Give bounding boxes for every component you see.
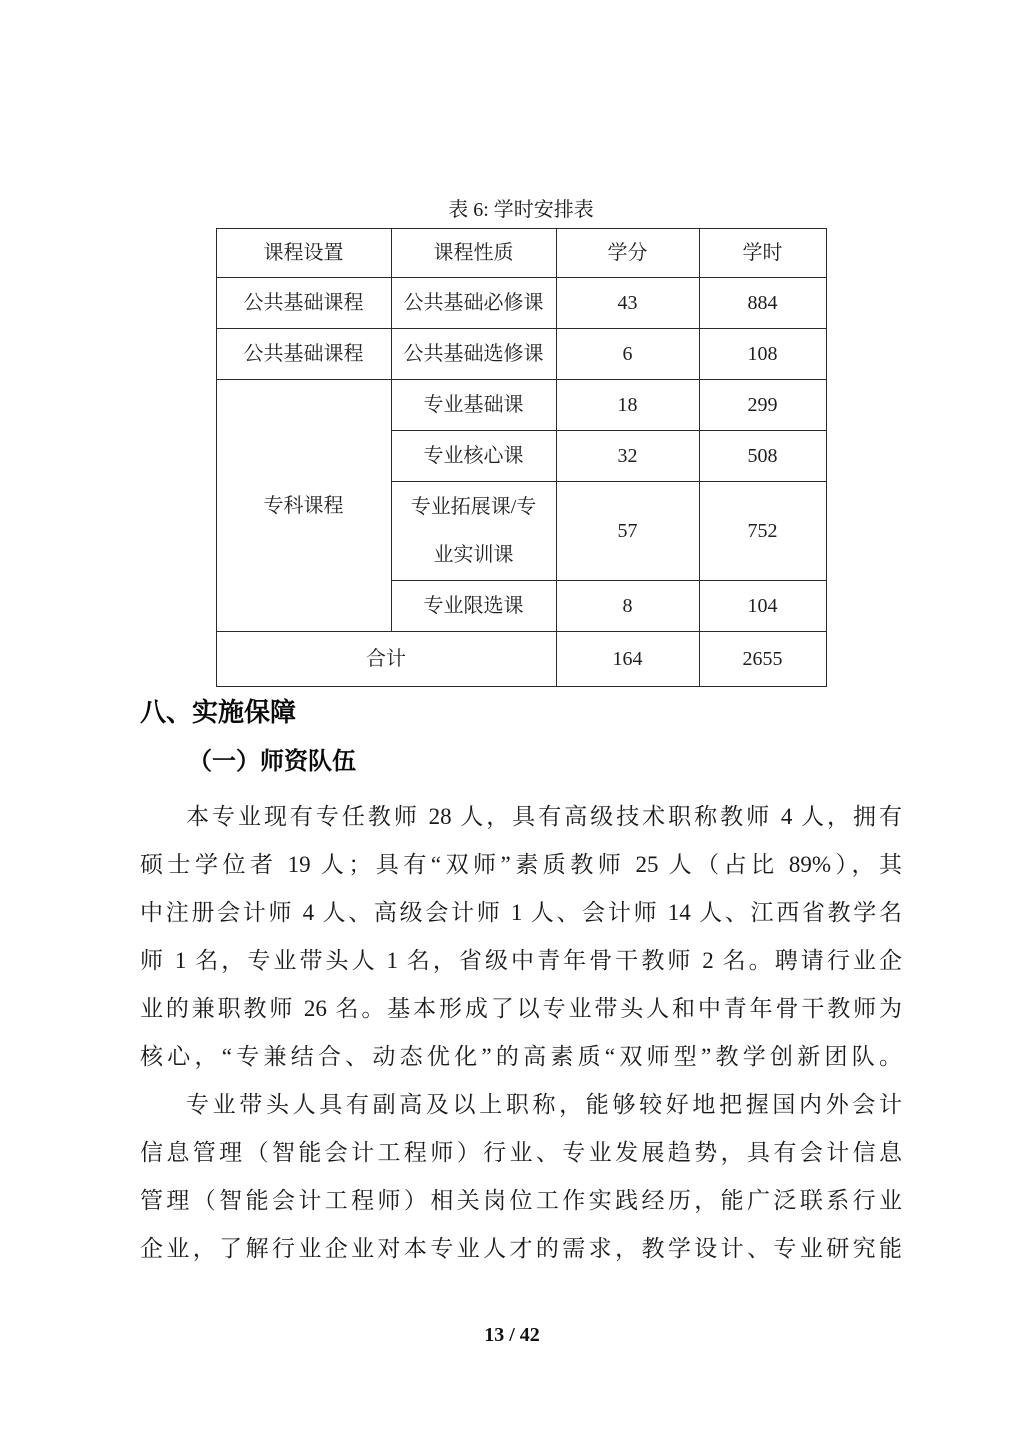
- col-header-credits: 学分: [556, 229, 699, 278]
- cell-course-nature: 公共基础选修课: [391, 329, 556, 380]
- paragraph-line: 信息管理（智能会计工程师）行业、专业发展趋势，具有会计信息: [140, 1129, 902, 1177]
- page-number: 13 / 42: [0, 1324, 1024, 1347]
- paragraph-line: 师 1 名，专业带头人 1 名，省级中青年骨干教师 2 名。聘请行业企: [140, 937, 902, 985]
- col-header-hours: 学时: [699, 229, 826, 278]
- cell-course-setup: 公共基础课程: [216, 278, 391, 329]
- cell-hours: 884: [699, 278, 826, 329]
- table-total-row: 合计 164 2655: [216, 632, 826, 687]
- paragraph-line: 硕士学位者 19 人；具有“双师”素质教师 25 人（占比 89%），其: [140, 841, 902, 889]
- cell-credits: 8: [556, 581, 699, 632]
- paragraph-line: 业的兼职教师 26 名。基本形成了以专业带头人和中青年骨干教师为: [140, 985, 902, 1033]
- table-header-row: 课程设置 课程性质 学分 学时: [216, 229, 826, 278]
- cell-hours: 752: [699, 482, 826, 581]
- cell-course-nature: 专业拓展课/专 业实训课: [391, 482, 556, 581]
- table-row: 公共基础课程 公共基础选修课 6 108: [216, 329, 826, 380]
- cell-total-label: 合计: [216, 632, 556, 687]
- cell-hours: 104: [699, 581, 826, 632]
- cell-credits: 57: [556, 482, 699, 581]
- cell-hours: 299: [699, 380, 826, 431]
- paragraph-line: 专业带头人具有副高及以上职称，能够较好地把握国内外会计: [140, 1081, 902, 1129]
- table-caption: 表 6: 学时安排表: [140, 0, 902, 224]
- cell-course-nature: 专业基础课: [391, 380, 556, 431]
- section-heading: 八、实施保障: [140, 695, 902, 729]
- cell-course-nature: 专业核心课: [391, 431, 556, 482]
- cell-total-hours: 2655: [699, 632, 826, 687]
- paragraph-line: 本专业现有专任教师 28 人，具有高级技术职称教师 4 人，拥有: [140, 793, 902, 841]
- cell-course-setup-group: 专科课程: [216, 380, 391, 632]
- cell-total-credits: 164: [556, 632, 699, 687]
- cell-course-nature: 公共基础必修课: [391, 278, 556, 329]
- paragraph-line: 企业，了解行业企业对本专业人才的需求，教学设计、专业研究能: [140, 1225, 902, 1273]
- cell-course-setup: 公共基础课程: [216, 329, 391, 380]
- cell-credits: 6: [556, 329, 699, 380]
- paragraph-program-leader: 专业带头人具有副高及以上职称，能够较好地把握国内外会计 信息管理（智能会计工程师…: [140, 1081, 902, 1273]
- cell-hours: 108: [699, 329, 826, 380]
- cell-credits: 32: [556, 431, 699, 482]
- class-hours-table: 课程设置 课程性质 学分 学时 公共基础课程 公共基础必修课 43 884 公共…: [216, 228, 827, 687]
- subsection-heading: （一）师资队伍: [188, 745, 902, 779]
- document-content: 表 6: 学时安排表 课程设置 课程性质 学分 学时 公共基础课程 公共基础必修…: [140, 0, 902, 1273]
- paragraph-line: 核心，“专兼结合、动态优化”的高素质“双师型”教学创新团队。: [140, 1033, 902, 1081]
- paragraph-faculty-overview: 本专业现有专任教师 28 人，具有高级技术职称教师 4 人，拥有 硕士学位者 1…: [140, 793, 902, 1081]
- cell-course-nature: 专业限选课: [391, 581, 556, 632]
- paragraph-line: 管理（智能会计工程师）相关岗位工作实践经历，能广泛联系行业: [140, 1177, 902, 1225]
- cell-credits: 43: [556, 278, 699, 329]
- paragraph-line: 中注册会计师 4 人、高级会计师 1 人、会计师 14 人、江西省教学名: [140, 889, 902, 937]
- col-header-course-setup: 课程设置: [216, 229, 391, 278]
- table-row: 专科课程 专业基础课 18 299: [216, 380, 826, 431]
- cell-credits: 18: [556, 380, 699, 431]
- cell-hours: 508: [699, 431, 826, 482]
- table-row: 公共基础课程 公共基础必修课 43 884: [216, 278, 826, 329]
- document-page: 表 6: 学时安排表 课程设置 课程性质 学分 学时 公共基础课程 公共基础必修…: [0, 0, 1024, 1448]
- col-header-course-nature: 课程性质: [391, 229, 556, 278]
